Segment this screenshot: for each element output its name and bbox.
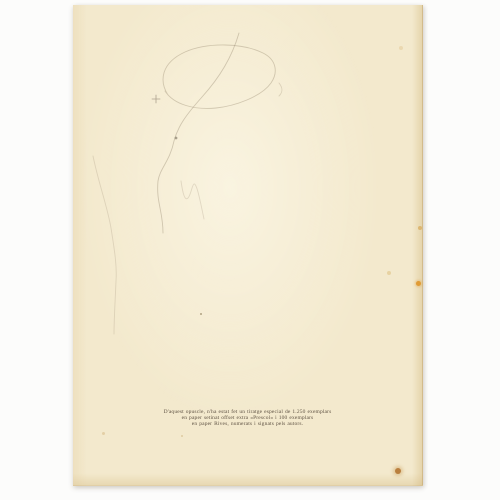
foxing-spot: [200, 313, 202, 315]
sketch-left-curve: [93, 156, 116, 334]
colophon-line-3: en paper Rives, numerats i signats pels …: [73, 421, 422, 427]
sketch-cross-mark: [152, 95, 160, 103]
colophon-text: D'aquest opuscle, n'ha estat fet un tira…: [73, 409, 422, 427]
book-page: D'aquest opuscle, n'ha estat fet un tira…: [73, 5, 423, 486]
foxing-spot: [181, 435, 183, 437]
foxing-spot: [102, 432, 105, 435]
foxing-spot: [387, 271, 391, 275]
sketch-dot: [175, 137, 178, 140]
sketch-loop: [163, 45, 275, 108]
sketch-arc: [279, 83, 282, 96]
foxing-spot: [418, 226, 422, 230]
foxing-spot: [395, 468, 401, 474]
foxing-spot: [399, 46, 403, 50]
photo-background: D'aquest opuscle, n'ha estat fet un tira…: [0, 0, 500, 500]
sketch-squiggle: [181, 181, 204, 219]
foxing-spot: [416, 281, 421, 286]
